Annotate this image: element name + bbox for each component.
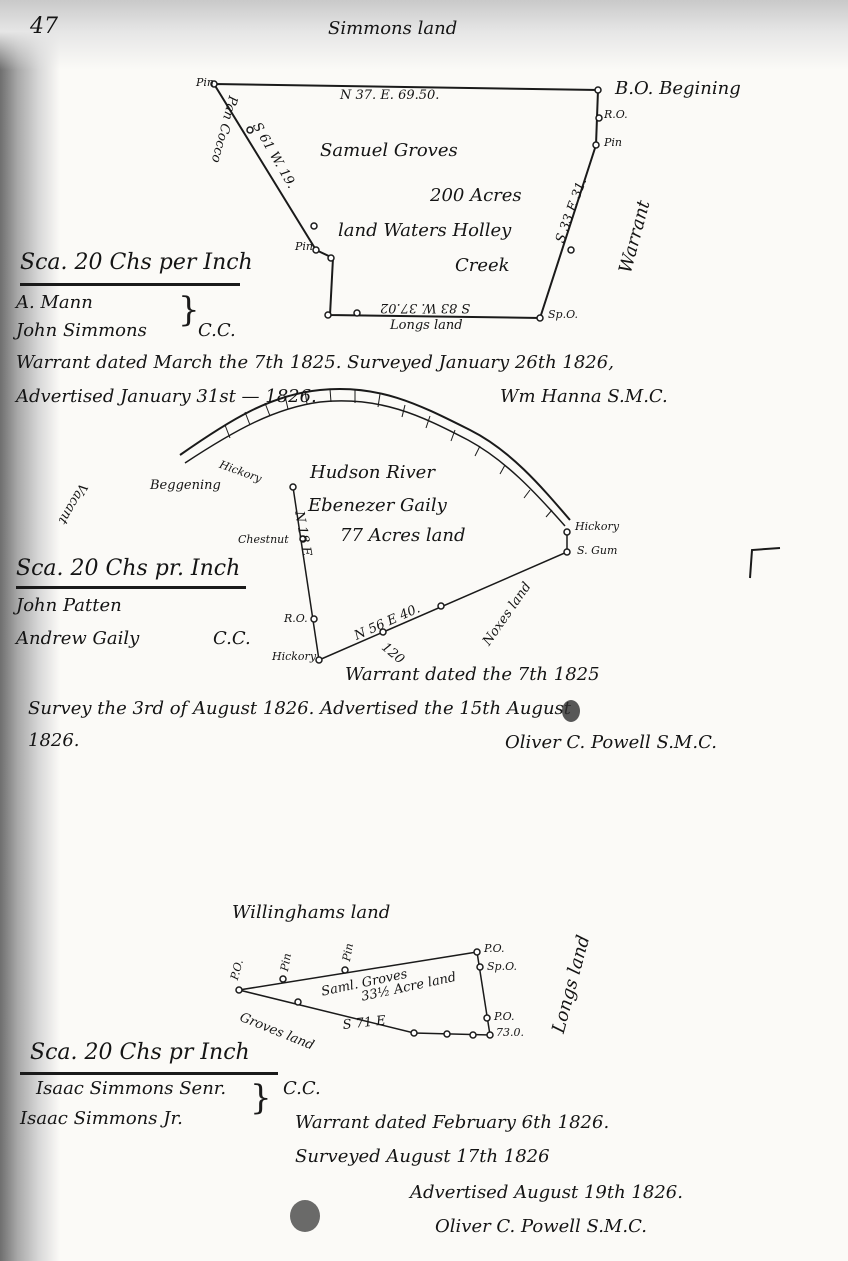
- survey1-adjoiner-longs: Longs land: [390, 318, 463, 333]
- survey2-acres: 77 Acres land: [340, 525, 466, 546]
- survey3-scale: Sca. 20 Chs pr Inch: [30, 1040, 250, 1065]
- survey1-chain-carrier-1: A. Mann: [16, 292, 93, 313]
- survey3-warrant-line: Warrant dated February 6th 1826.: [295, 1112, 609, 1133]
- survey1-surveyor: Wm Hanna S.M.C.: [500, 386, 668, 407]
- survey1-top-call: N 37. E. 69.50.: [340, 88, 439, 103]
- survey2-owner: Ebenezer Gaily: [308, 495, 447, 516]
- survey1-acres: 200 Acres: [430, 185, 522, 206]
- survey3-corner-po-ne: P.O.: [484, 942, 505, 955]
- survey1-corner-ro: R.O.: [604, 108, 628, 121]
- survey3-corner-spo: Sp.O.: [487, 960, 517, 973]
- survey1-corner-pin-nw: Pin: [196, 76, 214, 89]
- survey2-scale: Sca. 20 Chs pr. Inch: [16, 556, 240, 581]
- survey1-location-line1: land Waters Holley: [338, 220, 511, 241]
- survey1-corner-pin: Pin: [604, 136, 622, 149]
- survey2-begin-label: Beggening: [150, 478, 221, 493]
- survey2-corner-sgum: S. Gum: [577, 544, 617, 557]
- survey2-survey-line: Survey the 3rd of August 1826. Advertise…: [28, 698, 571, 719]
- survey2-chain-carrier-1: John Patten: [16, 595, 122, 616]
- survey2-warrant-line: Warrant dated the 7th 1825: [345, 664, 600, 685]
- survey2-corner-chestnut: Chestnut: [238, 533, 289, 546]
- survey1-scale-rule: [20, 283, 240, 286]
- survey1-corner-spo: Sp.O.: [548, 308, 578, 321]
- survey2-survey-line-year: 1826.: [28, 730, 80, 751]
- ink-blot: [290, 1200, 320, 1232]
- survey1-scale: Sca. 20 Chs per Inch: [20, 250, 253, 275]
- survey2-river-label: Hudson River: [310, 462, 435, 483]
- survey3-chain-carrier-2: Isaac Simmons Jr.: [20, 1108, 183, 1129]
- survey2-cc-tag: C.C.: [213, 628, 251, 649]
- survey2-corner-ro: R.O.: [284, 612, 308, 625]
- survey1-location-line2: Creek: [455, 255, 510, 276]
- survey1-chain-carrier-2: John Simmons: [16, 320, 147, 341]
- survey3-corner-73: 73.0.: [496, 1026, 524, 1039]
- survey3-cc-tag: C.C.: [283, 1078, 321, 1099]
- survey2-corner-hickory-sw: Hickory: [272, 650, 316, 663]
- survey3-advertised-line: Advertised August 19th 1826.: [410, 1182, 683, 1203]
- survey2-surveyor: Oliver C. Powell S.M.C.: [505, 732, 717, 753]
- survey1-begin-label: B.O. Begining: [615, 78, 741, 99]
- survey3-chain-carrier-1: Isaac Simmons Senr.: [36, 1078, 226, 1099]
- ink-blot: [562, 700, 580, 722]
- survey3-corner-po-se: P.O.: [494, 1010, 515, 1023]
- survey3-brace: }: [250, 1078, 272, 1118]
- survey3-header: Willinghams land: [232, 902, 390, 923]
- survey1-brace: }: [178, 290, 200, 330]
- survey2-scale-rule: [16, 586, 246, 589]
- survey2-chain-carrier-2: Andrew Gaily: [16, 628, 139, 649]
- survey3-survey-line: Surveyed August 17th 1826: [295, 1146, 550, 1167]
- survey1-corner-pin-w: Pin: [295, 240, 313, 253]
- survey3-surveyor: Oliver C. Powell S.M.C.: [435, 1216, 647, 1237]
- survey1-cc-tag: C.C.: [198, 320, 236, 341]
- survey1-advertised-line: Advertised January 31st — 1826.: [16, 386, 317, 407]
- survey1-owner: Samuel Groves: [320, 140, 458, 161]
- survey1-warrant-line: Warrant dated March the 7th 1825. Survey…: [16, 352, 614, 373]
- survey2-corner-hickory-e: Hickory: [575, 520, 619, 533]
- survey3-scale-rule: [20, 1072, 278, 1075]
- survey1-bottom-call: S 83 W. 37.02: [380, 300, 470, 315]
